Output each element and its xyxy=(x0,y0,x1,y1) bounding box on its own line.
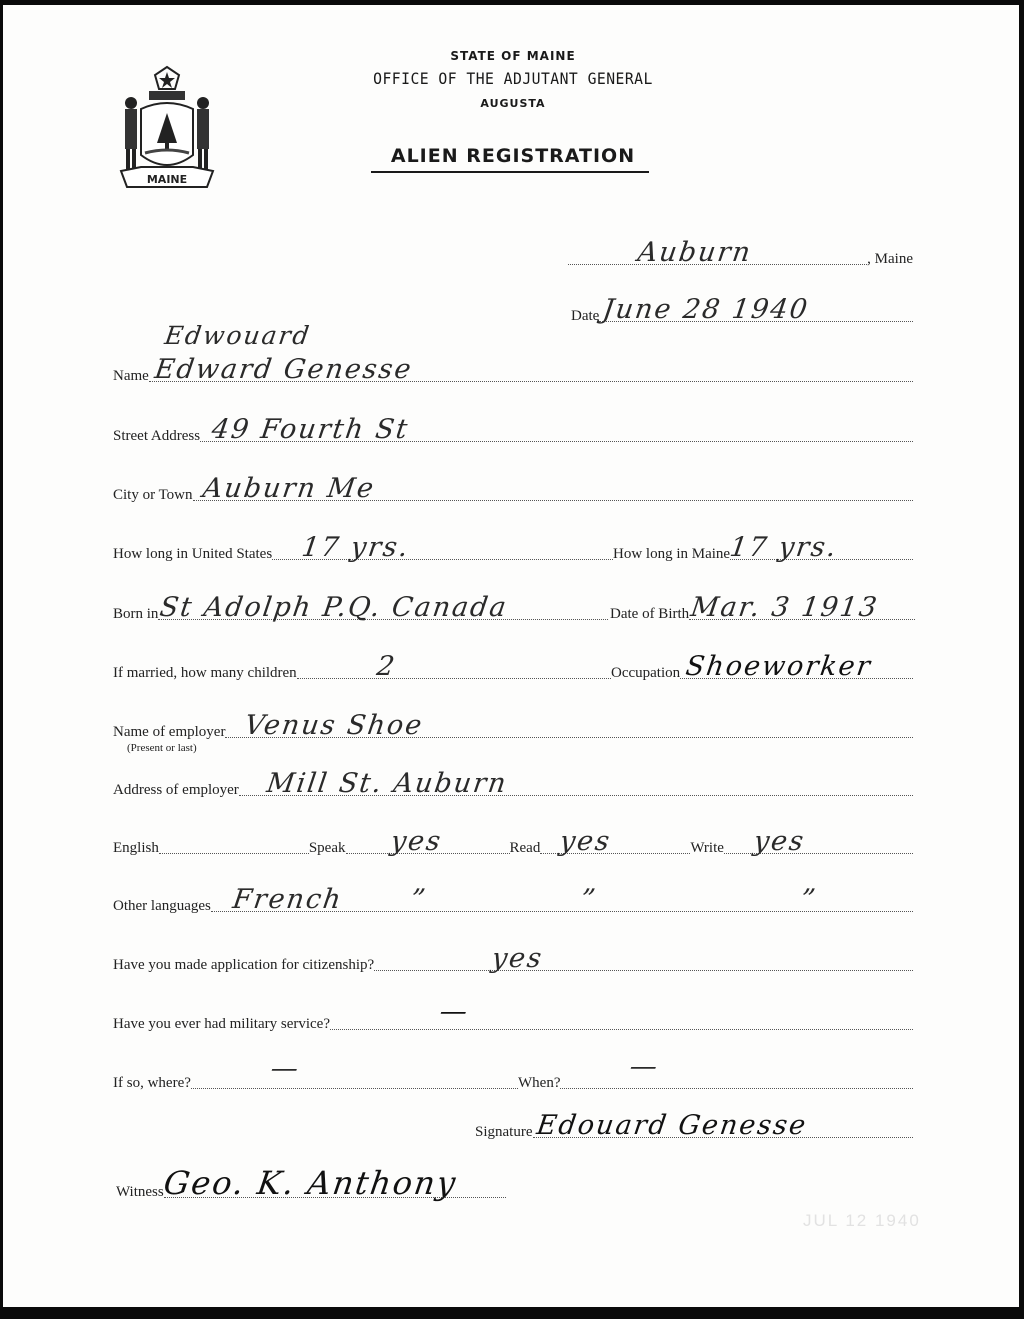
name-label: Name xyxy=(113,369,149,386)
how-long-maine-value: 17 yrs. xyxy=(728,534,839,561)
place-value: Auburn xyxy=(636,239,754,266)
employer-name-field[interactable]: Name of employer Venus Shoe xyxy=(113,718,913,742)
citizenship-field[interactable]: Have you made application for citizenshi… xyxy=(113,951,913,975)
other-languages-value: French xyxy=(231,886,344,913)
signature-label: Signature xyxy=(475,1125,533,1142)
date-label: Date xyxy=(571,309,599,326)
born-in-value: St Adolph P.Q. Canada xyxy=(159,594,511,621)
street-address-field[interactable]: Street Address 49 Fourth St xyxy=(113,422,913,446)
header-city: AUGUSTA xyxy=(343,97,683,110)
occupation-value: Shoeworker xyxy=(684,653,873,680)
employer-address-label: Address of employer xyxy=(113,783,239,800)
witness-label: Witness xyxy=(116,1185,164,1202)
children-label: If married, how many children xyxy=(113,666,297,683)
street-address-label: Street Address xyxy=(113,429,200,446)
place-suffix: , Maine xyxy=(867,252,913,269)
speak-label: Speak xyxy=(309,841,346,858)
svg-text:MAINE: MAINE xyxy=(147,173,187,186)
children-value: 2 xyxy=(375,653,398,680)
ditto-mark-read: ” xyxy=(579,886,599,913)
witness-field[interactable]: Witness Geo. K. Anthony xyxy=(116,1178,506,1202)
maine-state-seal-icon: MAINE xyxy=(111,63,223,193)
read-label: Read xyxy=(510,841,541,858)
city-value: Auburn Me xyxy=(201,475,377,502)
ditto-mark-write: ” xyxy=(799,886,819,913)
employer-name-value: Venus Shoe xyxy=(244,712,426,739)
how-long-us-field[interactable]: How long in United States 17 yrs. xyxy=(113,540,613,564)
born-in-field[interactable]: Born in St Adolph P.Q. Canada xyxy=(113,600,608,624)
employer-name-label: Name of employer xyxy=(113,725,225,742)
how-long-us-value: 17 yrs. xyxy=(300,534,411,561)
name-value: Edward Genesse xyxy=(153,356,414,383)
employer-address-field[interactable]: Address of employer Mill St. Auburn xyxy=(113,776,913,800)
date-of-birth-label: Date of Birth xyxy=(610,607,689,624)
english-label: English xyxy=(113,841,159,858)
name-annotation: Edwouard xyxy=(163,323,312,348)
date-field[interactable]: Date June 28 1940 xyxy=(571,302,913,326)
city-label: City or Town xyxy=(113,488,193,505)
how-long-maine-label: How long in Maine xyxy=(613,547,730,564)
children-field[interactable]: If married, how many children 2 xyxy=(113,659,611,683)
date-of-birth-field[interactable]: Date of Birth Mar. 3 1913 xyxy=(610,600,915,624)
date-of-birth-value: Mar. 3 1913 xyxy=(689,594,880,621)
write-value: yes xyxy=(752,828,807,855)
name-field[interactable]: Name Edward Genesse xyxy=(113,362,913,386)
street-address-value: 49 Fourth St xyxy=(210,416,411,443)
service-where-label: If so, where? xyxy=(113,1076,191,1093)
born-in-label: Born in xyxy=(113,607,158,624)
received-stamp: JUL 12 1940 xyxy=(803,1211,921,1231)
employer-name-sublabel: (Present or last) xyxy=(127,742,197,754)
military-service-field[interactable]: Have you ever had military service? — xyxy=(113,1010,913,1034)
english-field[interactable]: English Speak yes Read yes Write yes xyxy=(113,834,913,858)
write-label: Write xyxy=(690,841,724,858)
occupation-field[interactable]: Occupation Shoeworker xyxy=(611,659,913,683)
city-field[interactable]: City or Town Auburn Me xyxy=(113,481,913,505)
citizenship-value: yes xyxy=(490,945,545,972)
other-languages-field[interactable]: Other languages French ” ” ” xyxy=(113,892,913,916)
registration-form: MAINE STATE OF MAINE OFFICE OF THE ADJUT… xyxy=(3,5,1019,1307)
header-state: STATE OF MAINE xyxy=(343,49,683,63)
ditto-mark-speak: ” xyxy=(409,886,429,913)
service-where-value: — xyxy=(269,1055,302,1082)
other-languages-label: Other languages xyxy=(113,899,211,916)
occupation-label: Occupation xyxy=(611,666,680,683)
military-service-label: Have you ever had military service? xyxy=(113,1017,330,1034)
signature-field[interactable]: Signature Edouard Genesse xyxy=(475,1118,913,1142)
form-title: ALIEN REGISTRATION xyxy=(343,145,683,167)
signature-value: Edouard Genesse xyxy=(535,1112,809,1139)
speak-value: yes xyxy=(389,828,444,855)
service-when-label: When? xyxy=(518,1076,560,1093)
place-field[interactable]: Auburn , Maine xyxy=(568,245,913,269)
service-when-field[interactable]: When? — xyxy=(518,1069,913,1093)
citizenship-label: Have you made application for citizenshi… xyxy=(113,958,374,975)
service-when-value: — xyxy=(629,1053,662,1080)
date-value: June 28 1940 xyxy=(601,296,811,323)
how-long-us-label: How long in United States xyxy=(113,547,272,564)
service-where-field[interactable]: If so, where? — xyxy=(113,1069,518,1093)
read-value: yes xyxy=(558,828,613,855)
military-service-value: — xyxy=(438,998,471,1025)
title-underline xyxy=(371,171,649,173)
how-long-maine-field[interactable]: How long in Maine 17 yrs. xyxy=(613,540,913,564)
witness-value: Geo. K. Anthony xyxy=(161,1167,458,1199)
header-office: OFFICE OF THE ADJUTANT GENERAL xyxy=(357,69,670,88)
employer-address-value: Mill St. Auburn xyxy=(265,770,509,797)
